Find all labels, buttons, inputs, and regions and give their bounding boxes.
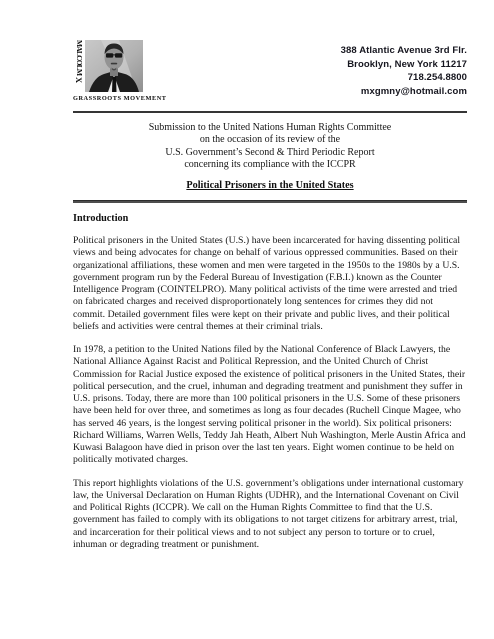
address-block: 388 Atlantic Avenue 3rd Flr. Brooklyn, N… <box>341 44 467 98</box>
title-divider <box>73 200 467 204</box>
malcolm-x-portrait <box>85 40 143 92</box>
submission-line-2: on the occasion of its review of the <box>73 134 467 146</box>
logo-vertical-text: MALCOLM X <box>73 40 85 92</box>
submission-line-1: Submission to the United Nations Human R… <box>73 122 467 134</box>
letterhead-divider <box>73 111 467 113</box>
logo-letter-x: X <box>74 77 84 83</box>
section-heading-introduction: Introduction <box>73 213 467 224</box>
submission-line-4: concerning its compliance with the ICCPR <box>73 159 467 171</box>
submission-line-3: U.S. Government’s Second & Third Periodi… <box>73 147 467 159</box>
paragraph-2: In 1978, a petition to the United Nation… <box>73 344 467 467</box>
document-page: MALCOLM X <box>0 0 494 639</box>
address-line-street: 388 Atlantic Avenue 3rd Flr. <box>341 44 467 58</box>
letterhead: MALCOLM X <box>73 0 467 102</box>
address-line-city: Brooklyn, New York 11217 <box>341 58 467 72</box>
address-line-phone: 718.254.8800 <box>341 71 467 85</box>
document-title: Political Prisoners in the United States <box>73 180 467 191</box>
mxgm-logo: MALCOLM X <box>73 40 161 102</box>
logo-word-malcolm: MALCOLM <box>75 40 84 75</box>
paragraph-3: This report highlights violations of the… <box>73 478 467 552</box>
address-line-email: mxgmny@hotmail.com <box>341 85 467 99</box>
logo-caption: GRASSROOTS MOVEMENT <box>73 95 161 102</box>
paragraph-1: Political prisoners in the United States… <box>73 235 467 333</box>
logo-artwork: MALCOLM X <box>73 40 161 92</box>
submission-statement: Submission to the United Nations Human R… <box>73 122 467 172</box>
